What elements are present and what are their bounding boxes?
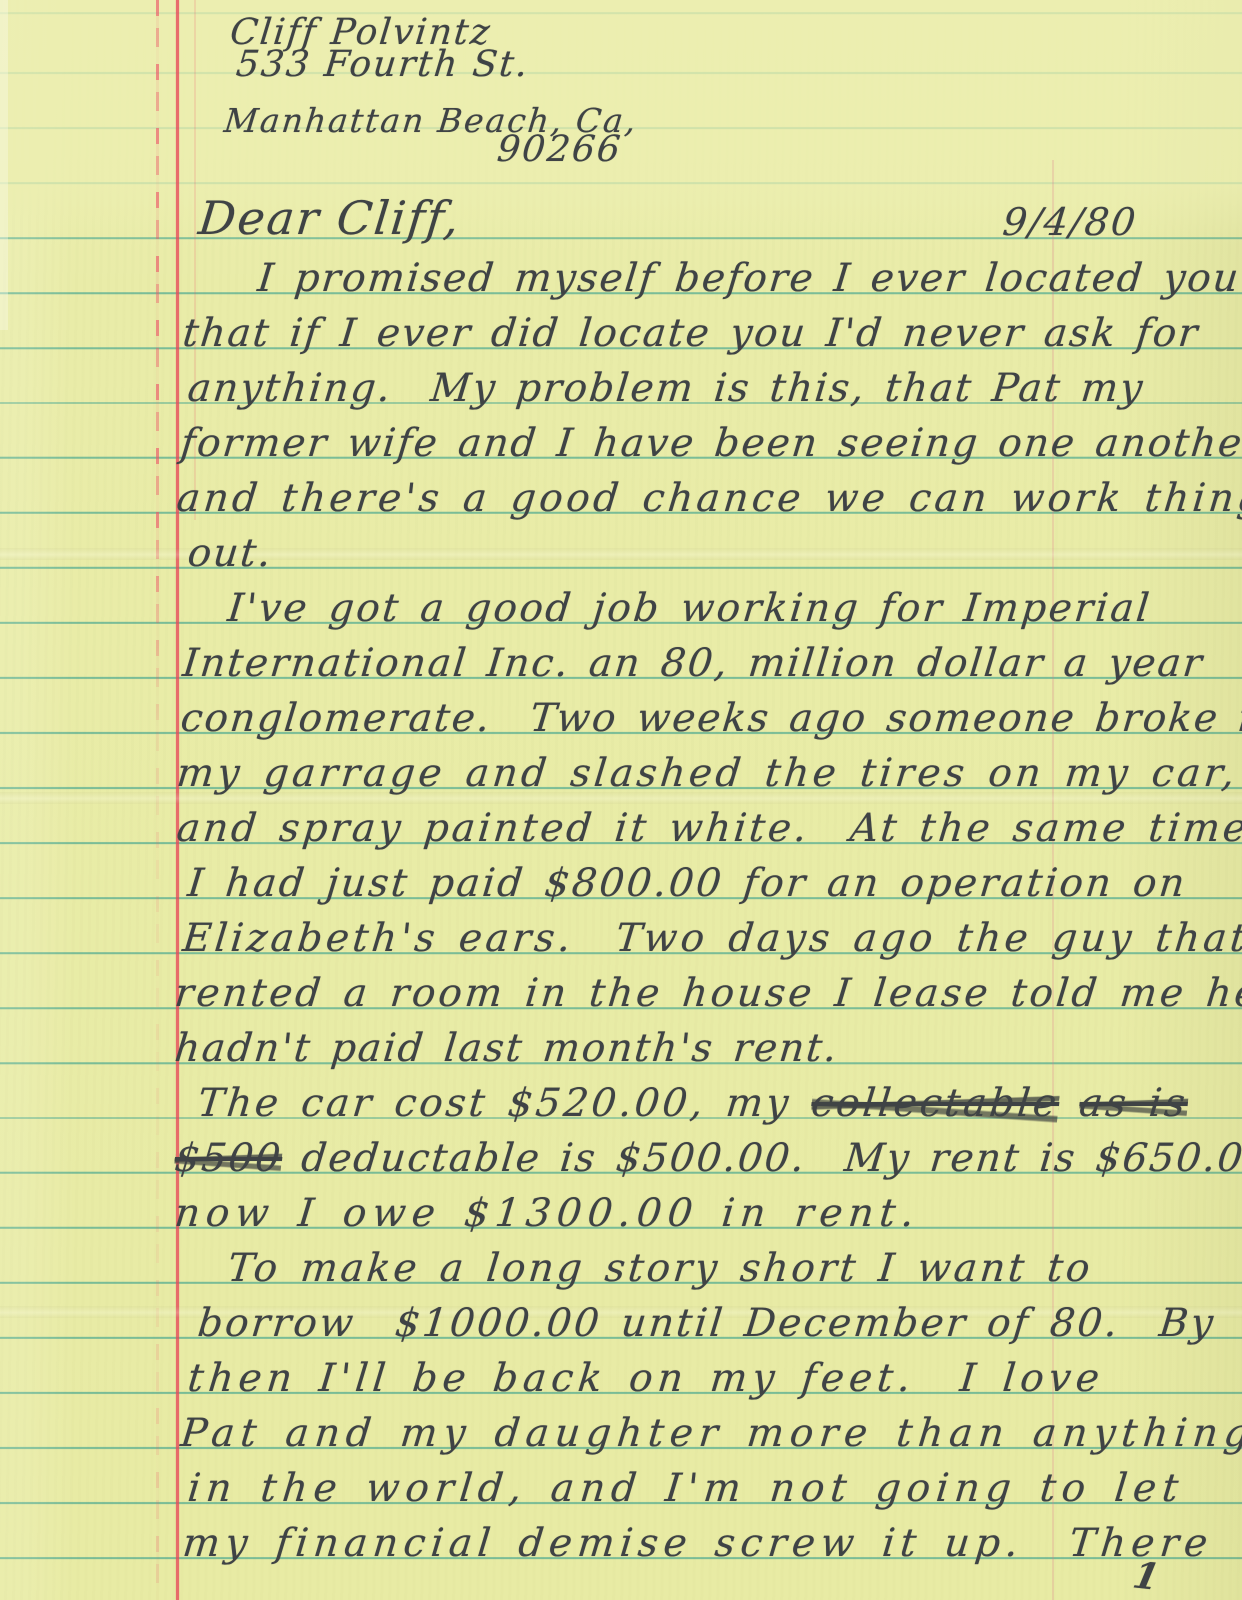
handwritten-text: anything. My problem is this, that Pat m… (186, 366, 1147, 411)
handwritten-line: former wife and I have been seeing one a… (178, 416, 1242, 471)
handwritten-line: conglomerate. Two weeks ago someone brok… (178, 691, 1242, 746)
handwritten-line: now I owe $1300.00 in rent. (172, 1186, 923, 1241)
handwritten-line: I promised myself before I ever located … (255, 251, 1242, 306)
handwritten-line: The car cost $520.00, my collectable as … (195, 1076, 1191, 1131)
handwritten-line: that if I ever did locate you I'd never … (180, 306, 1202, 361)
handwritten-line: my financial demise screw it up. There (180, 1516, 1216, 1571)
salutation: Dear Cliff, (196, 191, 464, 246)
handwritten-text: To make a long story short I want to (226, 1246, 1095, 1291)
handwritten-text: borrow $1000.00 until December of 80. By (196, 1301, 1218, 1346)
handwritten-text: out. (186, 531, 275, 576)
handwritten-text: I've got a good job working for Imperial (226, 586, 1154, 631)
crossed-out-text: $500 (173, 1136, 285, 1181)
handwritten-line: then I'll be back on my feet. I love (185, 1351, 1107, 1406)
handwritten-text: Pat and my daughter more than anything (179, 1411, 1242, 1456)
sender-zip: 90266 (495, 128, 624, 172)
handwritten-line: anything. My problem is this, that Pat m… (185, 361, 1147, 416)
notepad-paper: Cliff Polvintz 533 Fourth St. Manhattan … (0, 0, 1242, 1600)
handwritten-line: and there's a good chance we can work th… (174, 471, 1242, 526)
handwritten-line: I've got a good job working for Imperial (225, 581, 1154, 636)
handwritten-text: that if I ever did locate you I'd never … (181, 311, 1202, 356)
handwritten-text: my financial demise screw it up. There (181, 1521, 1216, 1566)
handwritten-text: I had just paid $800.00 for an operation… (186, 861, 1190, 906)
handwritten-text: I promised myself before I ever located … (256, 256, 1242, 301)
handwritten-line: To make a long story short I want to (225, 1241, 1095, 1296)
handwritten-line: hadn't paid last month's rent. (172, 1021, 841, 1076)
letter-date: 9/4/80 (1000, 195, 1140, 250)
handwritten-text: and spray painted it white. At the same … (175, 806, 1242, 851)
handwritten-text: then I'll be back on my feet. I love (186, 1356, 1107, 1401)
handwritten-text: deductable is $500.00. My rent is $650.0… (280, 1136, 1242, 1181)
handwritten-text: Elizabeth's ears. Two days ago the guy t… (181, 916, 1242, 961)
sender-street: 533 Fourth St. (234, 43, 532, 87)
handwritten-text: in the world, and I'm not going to let (186, 1466, 1187, 1511)
handwritten-line: out. (185, 526, 275, 581)
handwritten-text: conglomerate. Two weeks ago someone brok… (179, 696, 1242, 741)
handwritten-text: my garrage and slashed the tires on my c… (175, 751, 1241, 796)
scan-edge (0, 0, 8, 330)
handwritten-line: borrow $1000.00 until December of 80. By (195, 1296, 1218, 1351)
handwritten-text: former wife and I have been seeing one a… (179, 421, 1242, 466)
crossed-out-text: collectable (809, 1081, 1061, 1126)
handwritten-text: The car cost $520.00, my (196, 1081, 814, 1126)
handwritten-line: International Inc. an 80, million dollar… (180, 636, 1206, 691)
handwritten-text: hadn't paid last month's rent. (173, 1026, 841, 1071)
handwritten-line: my garrage and slashed the tires on my c… (174, 746, 1241, 801)
handwritten-line: Elizabeth's ears. Two days ago the guy t… (180, 911, 1242, 966)
handwritten-text: International Inc. an 80, million dollar… (181, 641, 1206, 686)
handwritten-line: I had just paid $800.00 for an operation… (185, 856, 1190, 911)
handwritten-text: and there's a good chance we can work th… (175, 476, 1242, 521)
handwritten-line: Pat and my daughter more than anything (178, 1406, 1242, 1461)
handwritten-line: in the world, and I'm not going to let (185, 1461, 1187, 1516)
handwritten-line: $500 deductable is $500.00. My rent is $… (172, 1131, 1242, 1186)
crossed-out-text: as is (1077, 1081, 1190, 1126)
handwritten-text: rented a room in the house I lease told … (173, 971, 1242, 1016)
handwritten-line: and spray painted it white. At the same … (174, 801, 1242, 856)
handwritten-line: rented a room in the house I lease told … (172, 966, 1242, 1021)
handwritten-text: now I owe $1300.00 in rent. (173, 1191, 923, 1236)
